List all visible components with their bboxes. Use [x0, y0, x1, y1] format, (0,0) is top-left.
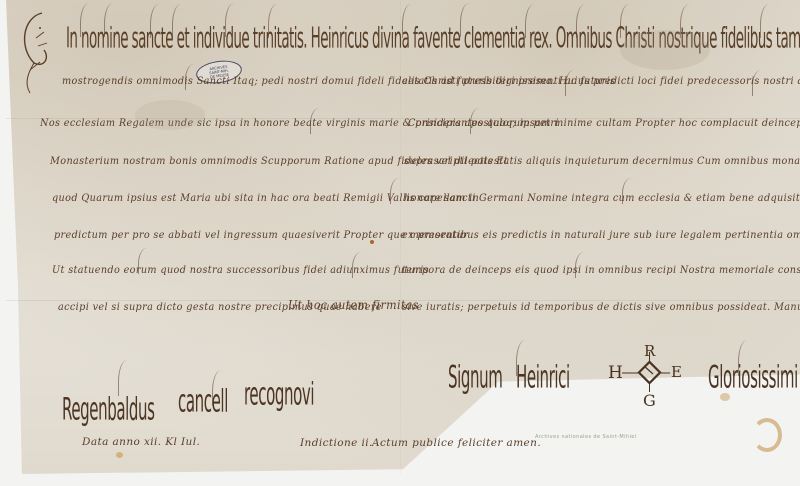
monogram-letter-e: E [671, 365, 682, 380]
stain [620, 30, 710, 70]
archival-note: Archives nationales de Saint-Mihiel [535, 434, 637, 440]
chancellor-signature: Regenbaldus [62, 390, 155, 428]
monogram-letter-h: H [608, 366, 623, 381]
text-line: Ut statuendo eorum quod nostra successor… [52, 264, 429, 276]
stain [116, 452, 123, 458]
stain [135, 100, 205, 130]
chancellor-signature: cancell [178, 382, 228, 420]
dating-clause: Indictione ii. [300, 437, 373, 449]
text-line: Ut hoc autem firmitas [288, 298, 419, 312]
dating-clause: Actum publice feliciter amen. [372, 437, 541, 449]
text-line: aetatis ad futuris dignissima. Huius pre… [402, 75, 800, 87]
king-name: Heinrici [516, 358, 570, 396]
stain [720, 393, 730, 401]
chrismon-icon [14, 8, 54, 98]
stain [370, 240, 374, 244]
text-line: sive iuratis; perpetuis id temporibus de… [402, 301, 800, 313]
text-line: suprascripti potestatis aliquis inquietu… [404, 155, 800, 167]
signum-label: Signum [448, 358, 502, 396]
royal-monogram: R H E G [600, 352, 700, 418]
text-line: honore sancti Germani Nomine integra cum… [404, 192, 800, 204]
monogram-letter-r: R [644, 344, 655, 359]
stain [752, 418, 782, 452]
text-line: tempora de deinceps eis quod ipsi in omn… [402, 264, 800, 276]
king-title: Gloriosissimi regis [708, 358, 800, 396]
monogram-letter-g: G [643, 393, 656, 408]
text-line: Considerantes quoq; ipsam minime cultam … [408, 117, 800, 129]
chancellor-signature: recognovi [244, 375, 314, 413]
dating-clause: Data anno xii. Kl Iul. [82, 436, 200, 448]
text-line: ex presentibus eis predictis in naturali… [402, 229, 800, 241]
